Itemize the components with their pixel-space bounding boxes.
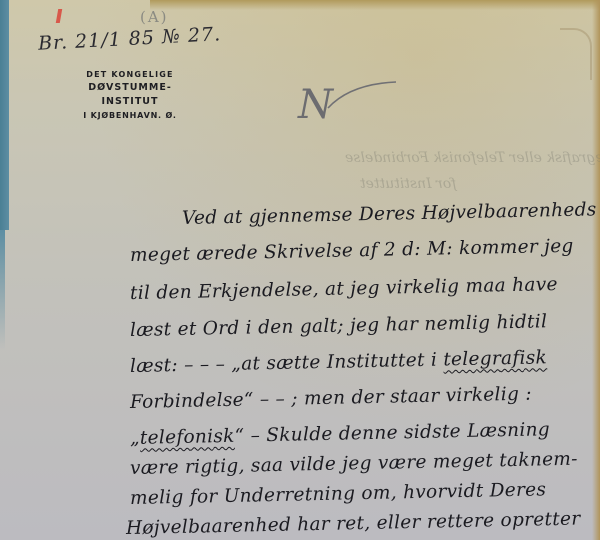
body-line-7: „telefonisk“ – Skulde denne sidste Læsni… — [130, 419, 550, 449]
pencil-swoop-icon — [320, 78, 400, 118]
letterhead-line-3: I KJØBENHAVN. Ø. — [60, 109, 200, 122]
archive-mark: (A) — [140, 8, 169, 26]
letterhead: DET KONGELIGE DØVSTUMME-INSTITUT I KJØBE… — [60, 68, 200, 122]
reference-number: Br. 21/1 85 № 27. — [38, 23, 222, 55]
underlined-word-telefonisk: telefonisk — [140, 426, 235, 449]
body-line-6: Forbindelse“ – – ; men der staar virkeli… — [130, 384, 532, 413]
underlined-word-telegrafisk: telegrafisk — [443, 347, 547, 370]
body-line-4: læst et Ord i den galt; jeg har nemlig h… — [130, 311, 548, 341]
page-corner — [560, 28, 592, 80]
body-line-10: Højvelbaarenhed har ret, eller rettere o… — [126, 508, 581, 539]
folder-edge-fade — [0, 230, 5, 350]
letter-page: (A) Br. 21/1 85 № 27. DET KONGELIGE DØVS… — [0, 0, 600, 540]
bleed-through-line-2: for Instituttet — [360, 176, 456, 192]
letterhead-line-2: DØVSTUMME-INSTITUT — [60, 81, 200, 109]
body-line-8: være rigtig, saa vilde jeg være meget ta… — [130, 449, 578, 479]
paper-top-shadow — [150, 0, 600, 10]
folder-edge — [0, 0, 9, 230]
paper-right-edge — [592, 0, 600, 540]
body-line-2: meget ærede Skrivelse af 2 d: M: kommer … — [130, 236, 574, 266]
body-line-5: læst: – – – „at sætte Instituttet i tele… — [130, 347, 547, 377]
body-line-9: melig for Underretning om, hvorvidt Dere… — [130, 479, 547, 509]
bleed-through-line-1: Hvilke Telegrafisk eller Telefonisk Forb… — [345, 150, 600, 166]
letterhead-line-1: DET KONGELIGE — [60, 68, 200, 81]
body-line-1: Ved at gjennemse Deres Højvelbaarenheds — [182, 199, 597, 229]
body-line-3: til den Erkjendelse, at jeg virkelig maa… — [130, 274, 558, 304]
red-pencil-mark — [56, 9, 62, 23]
